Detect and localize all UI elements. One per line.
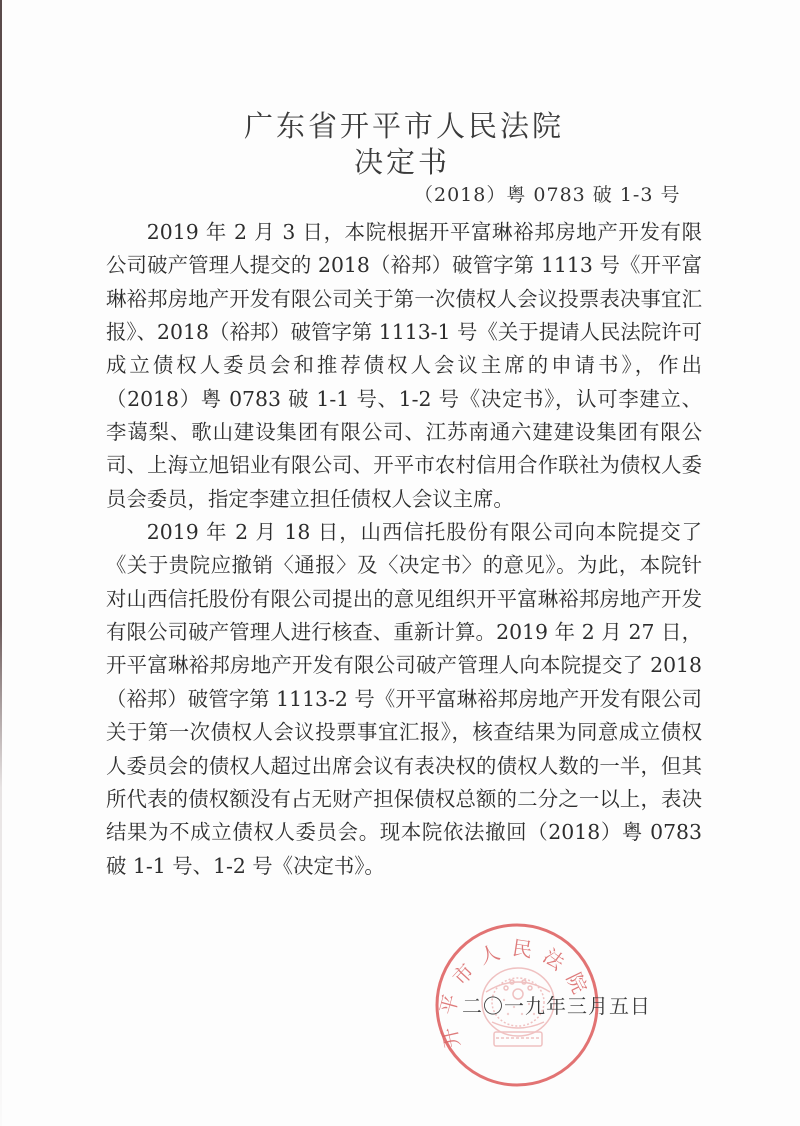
case-number: （2018）粤 0783 破 1-3 号 bbox=[414, 180, 680, 207]
court-name-heading: 广东省开平市人民法院 bbox=[0, 104, 800, 145]
issue-date: 二〇一九年三月五日 bbox=[462, 990, 651, 1019]
paragraph-2: 2019 年 2 月 18 日，山西信托股份有限公司向本院提交了《关于贵院应撤销… bbox=[106, 516, 702, 883]
paragraph-1: 2019 年 2 月 3 日，本院根据开平富琳裕邦房地产开发有限公司破产管理人提… bbox=[106, 216, 702, 516]
decision-body: 2019 年 2 月 3 日，本院根据开平富琳裕邦房地产开发有限公司破产管理人提… bbox=[106, 216, 702, 883]
document-type-heading: 决定书 bbox=[0, 140, 800, 181]
